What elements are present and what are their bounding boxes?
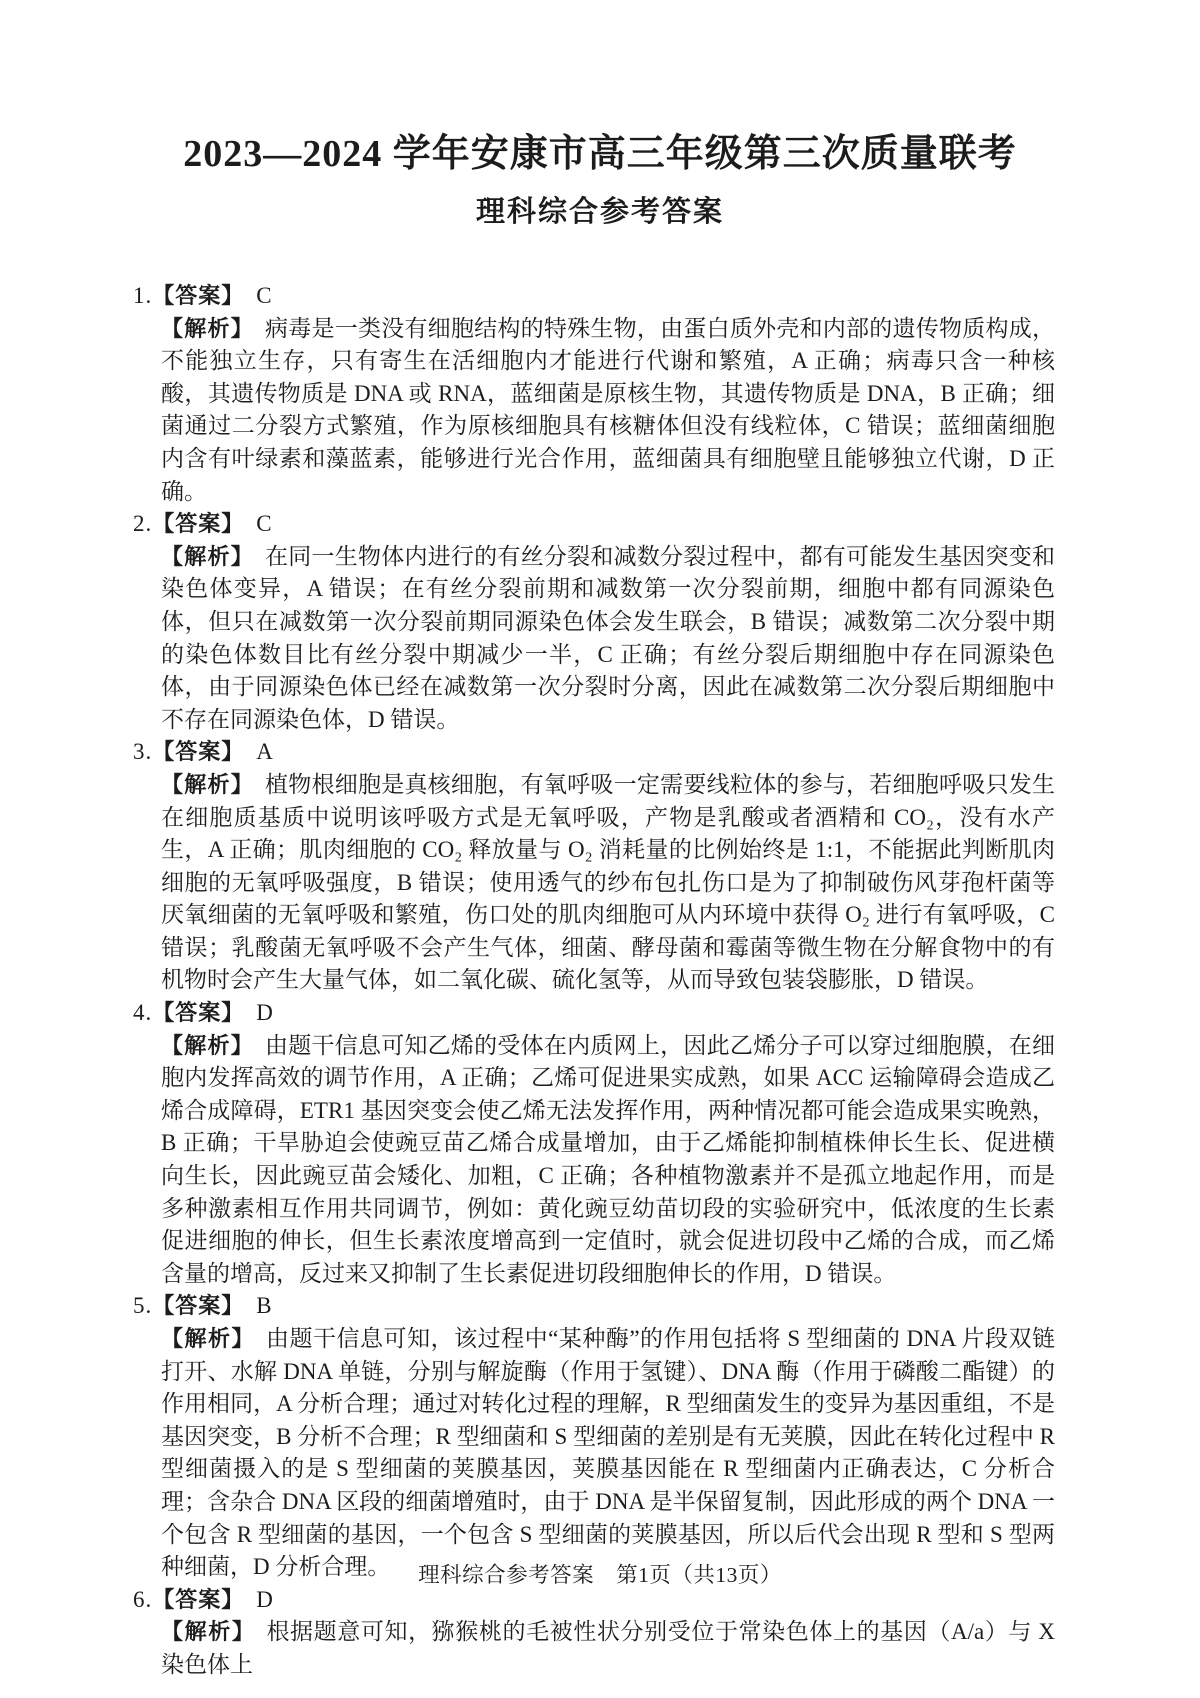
answer-line: 3.【答案】A	[161, 736, 1055, 769]
analysis-label: 【解析】	[161, 316, 254, 341]
answer-letter: D	[256, 1587, 273, 1612]
answer-letter: D	[256, 1000, 273, 1025]
analysis-text: 由题干信息可知，该过程中“某种酶”的作用包括将 S 型细菌的 DNA 片段双链打…	[161, 1326, 1055, 1579]
page-footer: 理科综合参考答案第1页（共13页）	[0, 1560, 1200, 1590]
answer-item-6: 6.【答案】D 【解析】根据题意可知，猕猴桃的毛被性状分别受位于常染色体上的基因…	[133, 1584, 1055, 1682]
answer-label: 【答案】	[152, 283, 244, 308]
answer-label: 【答案】	[152, 739, 244, 764]
footer-page-number: 第1页（共13页）	[616, 1563, 782, 1587]
answer-line: 2.【答案】C	[161, 508, 1055, 541]
answer-label: 【答案】	[152, 1587, 244, 1612]
document-title: 2023—2024 学年安康市高三年级第三次质量联考	[0, 131, 1200, 177]
analysis-text: 在同一生物体内进行的有丝分裂和减数分裂过程中，都有可能发生基因突变和染色体变异，…	[161, 544, 1055, 732]
item-number: 2.	[133, 511, 152, 536]
answer-label: 【答案】	[152, 511, 244, 536]
answer-label: 【答案】	[152, 1293, 244, 1318]
answer-letter: C	[256, 283, 271, 308]
analysis-text: 由题干信息可知乙烯的受体在内质网上，因此乙烯分子可以穿过细胞膜，在细胞内发挥高效…	[161, 1033, 1055, 1286]
analysis-text: 植物根细胞是真核细胞，有氧呼吸一定需要线粒体的参与，若细胞呼吸只发生在细胞质基质…	[161, 772, 1055, 993]
item-number: 1.	[133, 283, 152, 308]
analysis-paragraph: 【解析】由题干信息可知，该过程中“某种酶”的作用包括将 S 型细菌的 DNA 片…	[161, 1323, 1055, 1584]
analysis-text: 根据题意可知，猕猴桃的毛被性状分别受位于常染色体上的基因（A/a）与 X 染色体…	[161, 1619, 1055, 1677]
analysis-paragraph: 【解析】植物根细胞是真核细胞，有氧呼吸一定需要线粒体的参与，若细胞呼吸只发生在细…	[161, 769, 1055, 997]
answer-label: 【答案】	[152, 1000, 244, 1025]
document-subtitle: 理科综合参考答案	[0, 192, 1200, 232]
answer-item-5: 5.【答案】B 【解析】由题干信息可知，该过程中“某种酶”的作用包括将 S 型细…	[133, 1290, 1055, 1583]
answer-line: 4.【答案】D	[161, 997, 1055, 1030]
analysis-paragraph: 【解析】在同一生物体内进行的有丝分裂和减数分裂过程中，都有可能发生基因突变和染色…	[161, 541, 1055, 737]
analysis-paragraph: 【解析】病毒是一类没有细胞结构的特殊生物，由蛋白质外壳和内部的遗传物质构成，不能…	[161, 313, 1055, 509]
analysis-label: 【解析】	[161, 1326, 255, 1351]
answers-list: 1.【答案】C 【解析】病毒是一类没有细胞结构的特殊生物，由蛋白质外壳和内部的遗…	[133, 280, 1055, 1682]
footer-doc-name: 理科综合参考答案	[418, 1563, 594, 1587]
analysis-label: 【解析】	[161, 1033, 254, 1058]
analysis-text: 病毒是一类没有细胞结构的特殊生物，由蛋白质外壳和内部的遗传物质构成，不能独立生存…	[161, 316, 1055, 504]
answer-line: 1.【答案】C	[161, 280, 1055, 313]
analysis-label: 【解析】	[161, 1619, 255, 1644]
document-page: 2023—2024 学年安康市高三年级第三次质量联考 理科综合参考答案 1.【答…	[0, 0, 1200, 1698]
analysis-paragraph: 【解析】根据题意可知，猕猴桃的毛被性状分别受位于常染色体上的基因（A/a）与 X…	[161, 1616, 1055, 1681]
answer-item-4: 4.【答案】D 【解析】由题干信息可知乙烯的受体在内质网上，因此乙烯分子可以穿过…	[133, 997, 1055, 1290]
analysis-label: 【解析】	[161, 772, 254, 797]
answer-letter: B	[256, 1293, 271, 1318]
analysis-paragraph: 【解析】由题干信息可知乙烯的受体在内质网上，因此乙烯分子可以穿过细胞膜，在细胞内…	[161, 1030, 1055, 1291]
answer-item-1: 1.【答案】C 【解析】病毒是一类没有细胞结构的特殊生物，由蛋白质外壳和内部的遗…	[133, 280, 1055, 508]
answer-line: 5.【答案】B	[161, 1290, 1055, 1323]
answer-letter: C	[256, 511, 271, 536]
answer-item-3: 3.【答案】A 【解析】植物根细胞是真核细胞，有氧呼吸一定需要线粒体的参与，若细…	[133, 736, 1055, 997]
item-number: 3.	[133, 739, 152, 764]
item-number: 4.	[133, 1000, 152, 1025]
analysis-label: 【解析】	[161, 544, 254, 569]
item-number: 6.	[133, 1587, 152, 1612]
item-number: 5.	[133, 1293, 152, 1318]
answer-item-2: 2.【答案】C 【解析】在同一生物体内进行的有丝分裂和减数分裂过程中，都有可能发…	[133, 508, 1055, 736]
answer-letter: A	[256, 739, 273, 764]
